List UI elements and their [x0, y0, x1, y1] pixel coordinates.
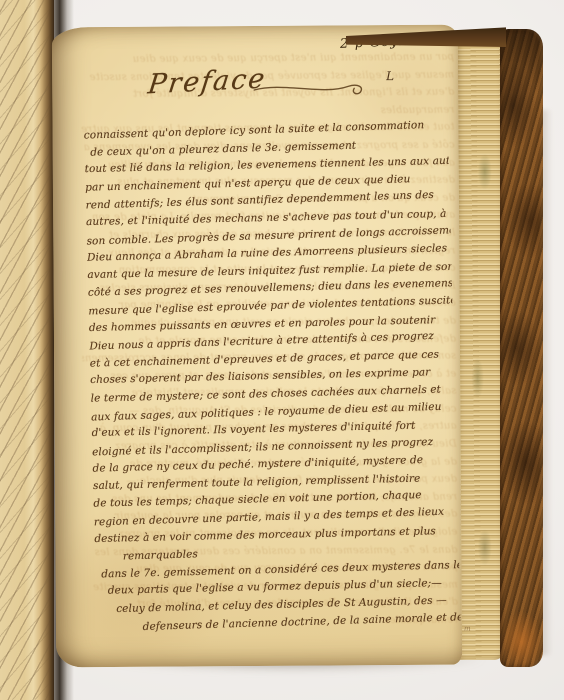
fore-edge-page-block — [456, 34, 504, 660]
manuscript-text-block: connaissent qu'on deplore icy sont la su… — [84, 117, 461, 637]
preface-flourish-stroke — [252, 77, 372, 100]
manuscript-photo: par un enchainement qui n'est aperçu que… — [0, 0, 564, 700]
marbled-leather-cover — [500, 29, 543, 667]
recto-manuscript-page: par un enchainement qui n'est aperçu que… — [52, 25, 462, 668]
page-title: Preface — [146, 63, 268, 100]
margin-mark: L — [386, 69, 394, 83]
stray-ink-mark: m — [464, 625, 471, 633]
